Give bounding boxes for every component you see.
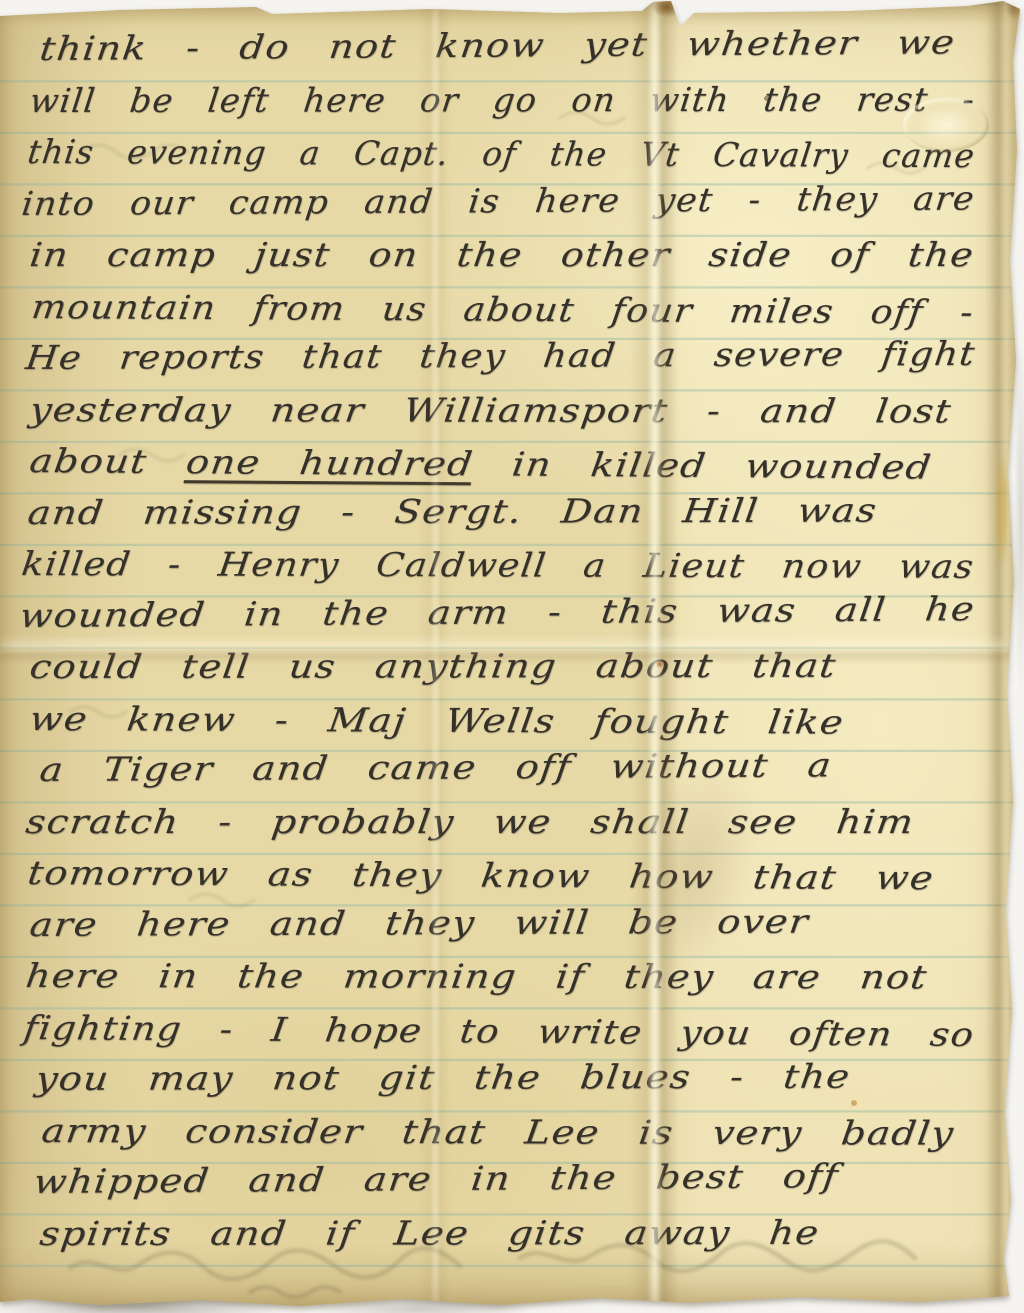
paper-sheet: think - do not know yet whether wewill b… xyxy=(0,0,1024,1313)
paper-edge-shading xyxy=(0,0,1024,1313)
letter-paper: think - do not know yet whether wewill b… xyxy=(0,0,1024,1313)
scan-background: think - do not know yet whether wewill b… xyxy=(0,0,1024,1313)
